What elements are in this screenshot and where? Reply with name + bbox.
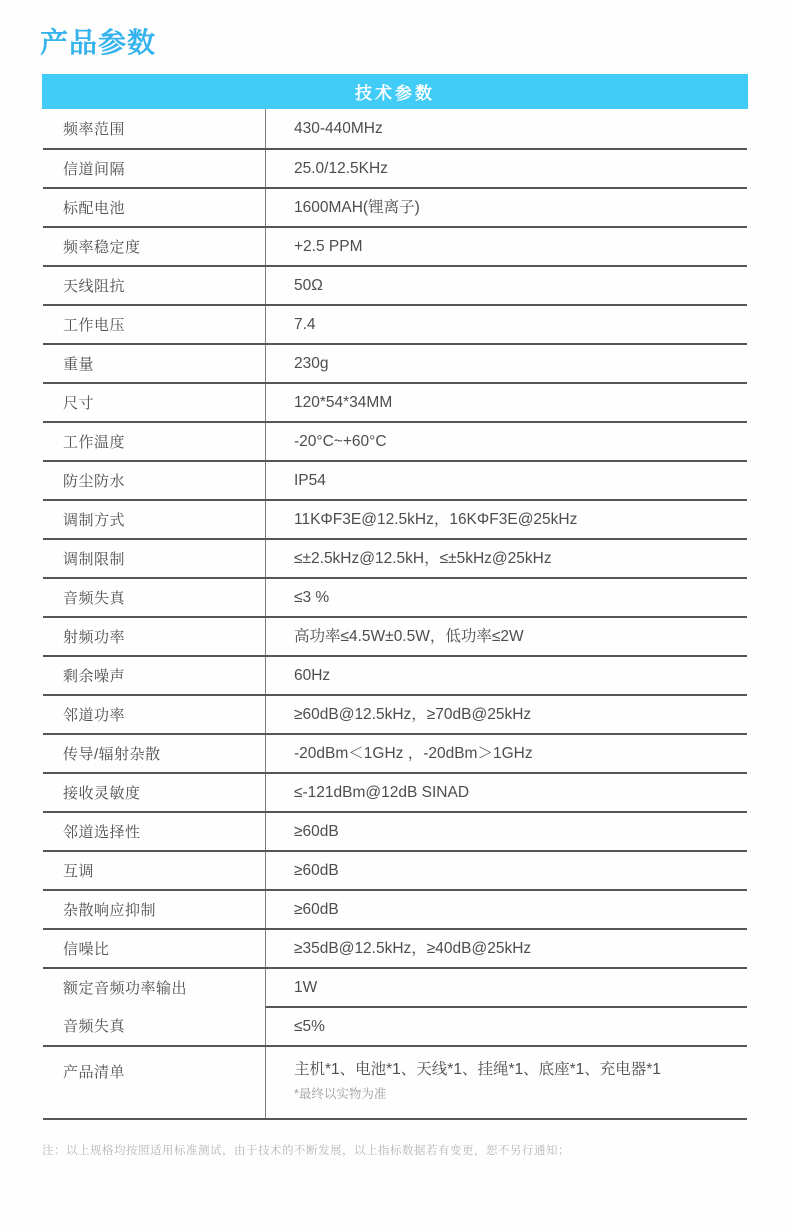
- spec-value: ≥60dB: [265, 813, 747, 850]
- product-spec-page: 产品参数 技术参数 频率范围 430-440MHz 信道间隔 25.0/12.5…: [0, 0, 790, 1230]
- table-row: 额定音频功率输出 1W: [43, 967, 747, 1006]
- spec-label: 剩余噪声: [43, 657, 265, 694]
- table-header-bar: 技术参数: [42, 74, 748, 109]
- spec-label: 信道间隔: [43, 150, 265, 187]
- spec-label: 工作电压: [43, 306, 265, 343]
- table-row: 杂散响应抑制 ≥60dB: [43, 889, 747, 928]
- spec-value: 430-440MHz: [265, 109, 747, 148]
- spec-value: 25.0/12.5KHz: [265, 150, 747, 187]
- spec-value: 高功率≤4.5W±0.5W，低功率≤2W: [265, 618, 747, 655]
- spec-label: 互调: [43, 852, 265, 889]
- spec-value-text: 高功率≤4.5W±0.5W，低功率≤2W: [294, 627, 524, 647]
- spec-label: 信噪比: [43, 930, 265, 967]
- table-row: 频率稳定度 +2.5 PPM: [43, 226, 747, 265]
- spec-value-text: 230g: [294, 354, 328, 374]
- spec-value: +2.5 PPM: [265, 228, 747, 265]
- spec-value-text: 60Hz: [294, 666, 330, 686]
- spec-value-text: ≤-121dBm@12dB SINAD: [294, 783, 469, 803]
- spec-value-text: ≥60dB: [294, 861, 339, 881]
- table-row: 天线阻抗 50Ω: [43, 265, 747, 304]
- table-row: 重量 230g: [43, 343, 747, 382]
- table-row: 剩余噪声 60Hz: [43, 655, 747, 694]
- spec-label: 频率范围: [43, 109, 265, 148]
- spec-value: 7.4: [265, 306, 747, 343]
- spec-value-text: 430-440MHz: [294, 119, 383, 139]
- spec-label: 尺寸: [43, 384, 265, 421]
- table-row: 产品清单 主机*1、电池*1、天线*1、挂绳*1、底座*1、充电器*1 *最终以…: [43, 1045, 747, 1118]
- spec-label: 工作温度: [43, 423, 265, 460]
- table-row: 防尘防水 IP54: [43, 460, 747, 499]
- spec-value: ≤±2.5kHz@12.5kH，≤±5kHz@25kHz: [265, 540, 747, 577]
- table-row: 标配电池 1600MAH(锂离子): [43, 187, 747, 226]
- spec-value: ≤-121dBm@12dB SINAD: [265, 774, 747, 811]
- spec-value-text: ≥60dB@12.5kHz，≥70dB@25kHz: [294, 705, 531, 725]
- spec-value-text: ≥60dB: [294, 900, 339, 920]
- spec-value: 230g: [265, 345, 747, 382]
- spec-value: ≥60dB: [265, 891, 747, 928]
- table-row: 射频功率 高功率≤4.5W±0.5W，低功率≤2W: [43, 616, 747, 655]
- footer-note: 注：以上规格均按照适用标准测试，由于技术的不断发展，以上指标数据若有变更，恕不另…: [42, 1142, 748, 1158]
- table-row: 调制方式 11KΦF3E@12.5kHz，16KΦF3E@25kHz: [43, 499, 747, 538]
- table-row: 工作温度 -20°C~+60°C: [43, 421, 747, 460]
- spec-value: 60Hz: [265, 657, 747, 694]
- table-row: 邻道选择性 ≥60dB: [43, 811, 747, 850]
- spec-label: 音频失真: [43, 579, 265, 616]
- spec-value-text: ≥35dB@12.5kHz，≥40dB@25kHz: [294, 939, 531, 959]
- spec-table: 频率范围 430-440MHz 信道间隔 25.0/12.5KHz 标配电池 1…: [43, 109, 747, 1120]
- spec-value-text: +2.5 PPM: [294, 237, 363, 257]
- spec-value-text: IP54: [294, 471, 326, 491]
- table-row: 邻道功率 ≥60dB@12.5kHz，≥70dB@25kHz: [43, 694, 747, 733]
- spec-value-text: 25.0/12.5KHz: [294, 159, 388, 179]
- spec-label: 传导/辐射杂散: [43, 735, 265, 772]
- spec-label: 频率稳定度: [43, 228, 265, 265]
- table-row: 音频失真 ≤3 %: [43, 577, 747, 616]
- spec-value-text: ≤5%: [294, 1017, 325, 1037]
- spec-value-text: 50Ω: [294, 276, 323, 296]
- spec-value: 120*54*34MM: [265, 384, 747, 421]
- spec-value: ≥60dB: [265, 852, 747, 889]
- spec-value-text: 120*54*34MM: [294, 393, 392, 413]
- spec-value: -20dBm＜1GHz ，-20dBm＞1GHz: [265, 735, 747, 772]
- spec-value: ≤3 %: [265, 579, 747, 616]
- spec-label: 邻道选择性: [43, 813, 265, 850]
- spec-label: 重量: [43, 345, 265, 382]
- table-row: 尺寸 120*54*34MM: [43, 382, 747, 421]
- table-row: 工作电压 7.4: [43, 304, 747, 343]
- spec-label: 额定音频功率输出: [43, 969, 265, 1006]
- spec-label: 调制限制: [43, 540, 265, 577]
- spec-label: 标配电池: [43, 189, 265, 226]
- spec-value-text: ≥60dB: [294, 822, 339, 842]
- table-row: 频率范围 430-440MHz: [43, 109, 747, 148]
- spec-value-text: -20°C~+60°C: [294, 432, 387, 452]
- spec-value: ≥35dB@12.5kHz，≥40dB@25kHz: [265, 930, 747, 967]
- spec-label: 调制方式: [43, 501, 265, 538]
- spec-value: 50Ω: [265, 267, 747, 304]
- spec-label: 防尘防水: [43, 462, 265, 499]
- table-row: 信噪比 ≥35dB@12.5kHz，≥40dB@25kHz: [43, 928, 747, 967]
- spec-value-note: *最终以实物为准: [294, 1087, 386, 1102]
- spec-value-text: 7.4: [294, 315, 316, 335]
- spec-value-text: 1600MAH(锂离子): [294, 198, 420, 218]
- spec-value-text: ≤3 %: [294, 588, 329, 608]
- spec-value-text: 11KΦF3E@12.5kHz，16KΦF3E@25kHz: [294, 510, 577, 530]
- spec-label: 射频功率: [43, 618, 265, 655]
- spec-value-text: ≤±2.5kHz@12.5kH，≤±5kHz@25kHz: [294, 549, 552, 569]
- spec-value-text: -20dBm＜1GHz ，-20dBm＞1GHz: [294, 744, 533, 764]
- table-row: 接收灵敏度 ≤-121dBm@12dB SINAD: [43, 772, 747, 811]
- spec-value: 11KΦF3E@12.5kHz，16KΦF3E@25kHz: [265, 501, 747, 538]
- spec-value: ≥60dB@12.5kHz，≥70dB@25kHz: [265, 696, 747, 733]
- spec-label: 邻道功率: [43, 696, 265, 733]
- table-row: 音频失真 ≤5%: [43, 1006, 747, 1045]
- spec-value: 1W: [265, 969, 747, 1006]
- table-row: 调制限制 ≤±2.5kHz@12.5kH，≤±5kHz@25kHz: [43, 538, 747, 577]
- table-row: 传导/辐射杂散 -20dBm＜1GHz ，-20dBm＞1GHz: [43, 733, 747, 772]
- spec-value: IP54: [265, 462, 747, 499]
- spec-label: 天线阻抗: [43, 267, 265, 304]
- spec-label: 杂散响应抑制: [43, 891, 265, 928]
- spec-value: ≤5%: [265, 1006, 747, 1045]
- table-row: 信道间隔 25.0/12.5KHz: [43, 148, 747, 187]
- spec-value: -20°C~+60°C: [265, 423, 747, 460]
- spec-value: 主机*1、电池*1、天线*1、挂绳*1、底座*1、充电器*1 *最终以实物为准: [265, 1047, 747, 1118]
- spec-value: 1600MAH(锂离子): [265, 189, 747, 226]
- spec-value-text: 主机*1、电池*1、天线*1、挂绳*1、底座*1、充电器*1: [294, 1060, 661, 1080]
- spec-label: 音频失真: [43, 1006, 265, 1045]
- spec-label: 接收灵敏度: [43, 774, 265, 811]
- spec-label: 产品清单: [43, 1047, 265, 1118]
- spec-value-text: 1W: [294, 978, 317, 998]
- table-header-label: 技术参数: [355, 79, 435, 104]
- page-title: 产品参数: [0, 0, 790, 60]
- table-row: 互调 ≥60dB: [43, 850, 747, 889]
